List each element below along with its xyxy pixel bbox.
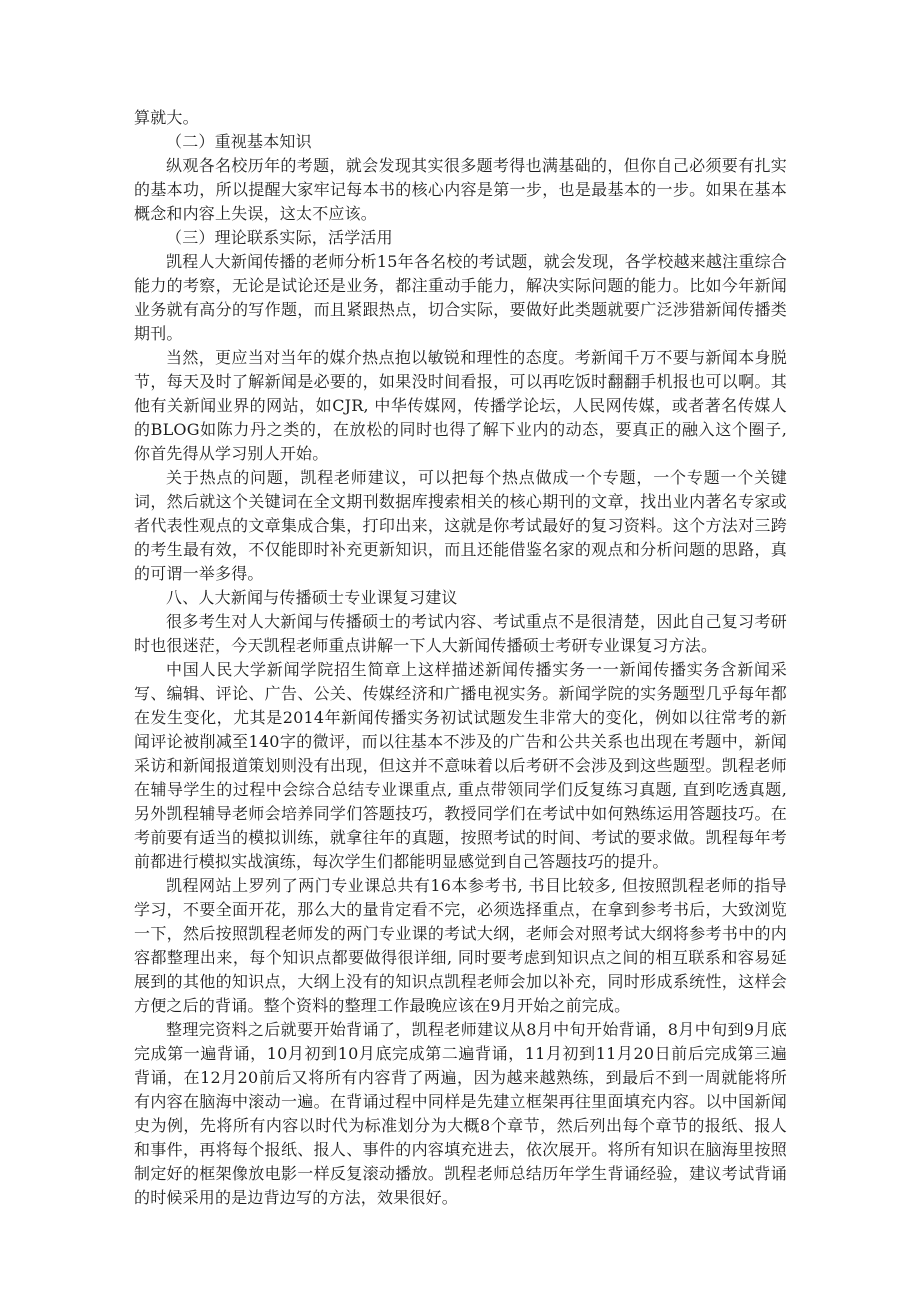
paragraph: 当然，更应当对当年的媒介热点抱以敏锐和理性的态度。考新闻千万不要与新闻本身脱节，… [134, 346, 787, 466]
paragraph-continuation: 算就大。 [134, 106, 787, 130]
section-heading-2: （二）重视基本知识 [134, 130, 787, 154]
paragraph: 凯程人大新闻传播的老师分析15年各名校的考试题，就会发现，各学校越来越注重综合能… [134, 250, 787, 346]
paragraph: 关于热点的问题，凯程老师建议，可以把每个热点做成一个专题，一个专题一个关键词，然… [134, 466, 787, 586]
section-heading-3: （三）理论联系实际，活学活用 [134, 226, 787, 250]
paragraph: 整理完资料之后就要开始背诵了，凯程老师建议从8月中旬开始背诵，8月中旬到9月底完… [134, 1018, 787, 1210]
document-text-block: 算就大。 （二）重视基本知识 纵观各名校历年的考题，就会发现其实很多题考得也满基… [134, 106, 787, 1210]
paragraph: 很多考生对人大新闻与传播硕士的考试内容、考试重点不是很清楚，因此自己复习考研时也… [134, 610, 787, 658]
document-page: 算就大。 （二）重视基本知识 纵观各名校历年的考题，就会发现其实很多题考得也满基… [0, 0, 920, 1301]
paragraph: 纵观各名校历年的考题，就会发现其实很多题考得也满基础的，但你自己必须要有扎实的基… [134, 154, 787, 226]
section-heading-8: 八、人大新闻与传播硕士专业课复习建议 [134, 586, 787, 610]
paragraph: 中国人民大学新闻学院招生简章上这样描述新闻传播实务一一新闻传播实务含新闻采写、编… [134, 658, 787, 874]
paragraph: 凯程网站上罗列了两门专业课总共有16本参考书, 书目比较多, 但按照凯程老师的指… [134, 874, 787, 1018]
